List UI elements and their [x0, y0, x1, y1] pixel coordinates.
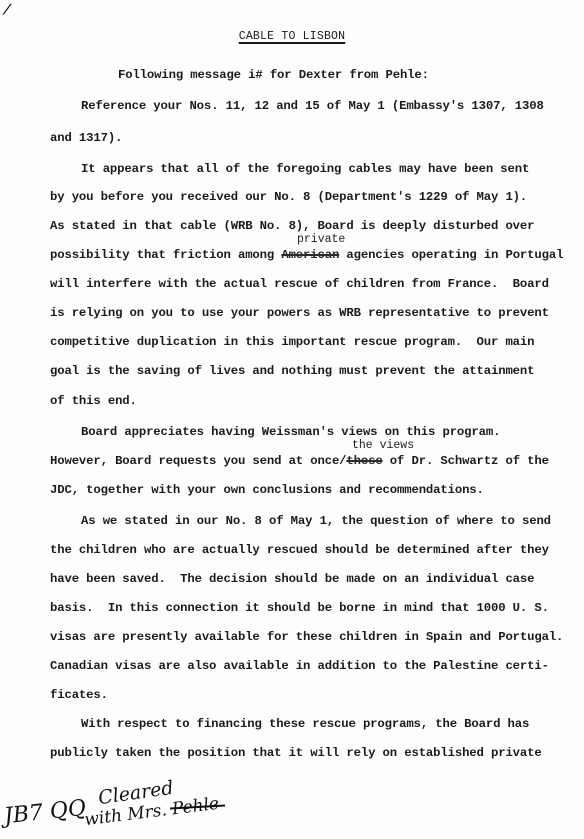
text-line: competitive duplication in this importan…: [50, 335, 534, 349]
text-line: visas are presently available for these …: [50, 630, 563, 644]
text-segment: possibility that friction among: [50, 248, 281, 262]
text-line: basis. In this connection it should be b…: [50, 601, 549, 615]
handwritten-initials: JB7 QQ: [3, 796, 87, 829]
text-line: by you before you received our No. 8 (De…: [50, 190, 527, 204]
text-line-with-correction: possibility that friction among American…: [50, 248, 563, 262]
text-line: goal is the saving of lives and nothing …: [50, 364, 534, 378]
text-line: the children who are actually rescued sh…: [50, 543, 549, 557]
struck-out-word: American: [281, 248, 339, 262]
text-line: With respect to financing these rescue p…: [81, 717, 529, 731]
text-line: is relying on you to use your powers as …: [50, 306, 549, 320]
text-line: As stated in that cable (WRB No. 8), Boa…: [50, 219, 534, 233]
text-line: It appears that all of the foregoing cab…: [81, 162, 529, 176]
text-line: have been saved. The decision should be …: [50, 572, 534, 586]
text-line: Reference your Nos. 11, 12 and 15 of May…: [81, 99, 544, 113]
text-segment: of Dr. Schwartz of the: [383, 454, 549, 468]
interlinear-insertion-the-views: the views: [352, 439, 414, 452]
text-line: of this end.: [50, 394, 137, 408]
document-page: / CABLE TO LISBON Following message i# f…: [0, 0, 584, 839]
text-line: and 1317).: [50, 131, 122, 145]
text-line: will interfere with the actual rescue of…: [50, 277, 549, 291]
text-line: Canadian visas are also available in add…: [50, 659, 549, 673]
text-line: ficates.: [50, 688, 108, 702]
struck-out-word: those: [346, 454, 382, 468]
text-line: Board appreciates having Weissman's view…: [81, 425, 500, 439]
corner-mark: /: [1, 1, 13, 20]
document-title: CABLE TO LISBON: [0, 30, 584, 43]
text-segment: However, Board requests you send at once…: [50, 454, 346, 468]
text-line-with-correction: However, Board requests you send at once…: [50, 454, 549, 468]
message-header: Following message i# for Dexter from Peh…: [118, 68, 429, 82]
text-line: publicly taken the position that it will…: [50, 746, 542, 760]
text-segment: agencies operating in Portugal: [339, 248, 563, 262]
interlinear-insertion-private: private: [297, 233, 345, 246]
text-line: As we stated in our No. 8 of May 1, the …: [81, 514, 551, 528]
text-line: JDC, together with your own conclusions …: [50, 483, 484, 497]
